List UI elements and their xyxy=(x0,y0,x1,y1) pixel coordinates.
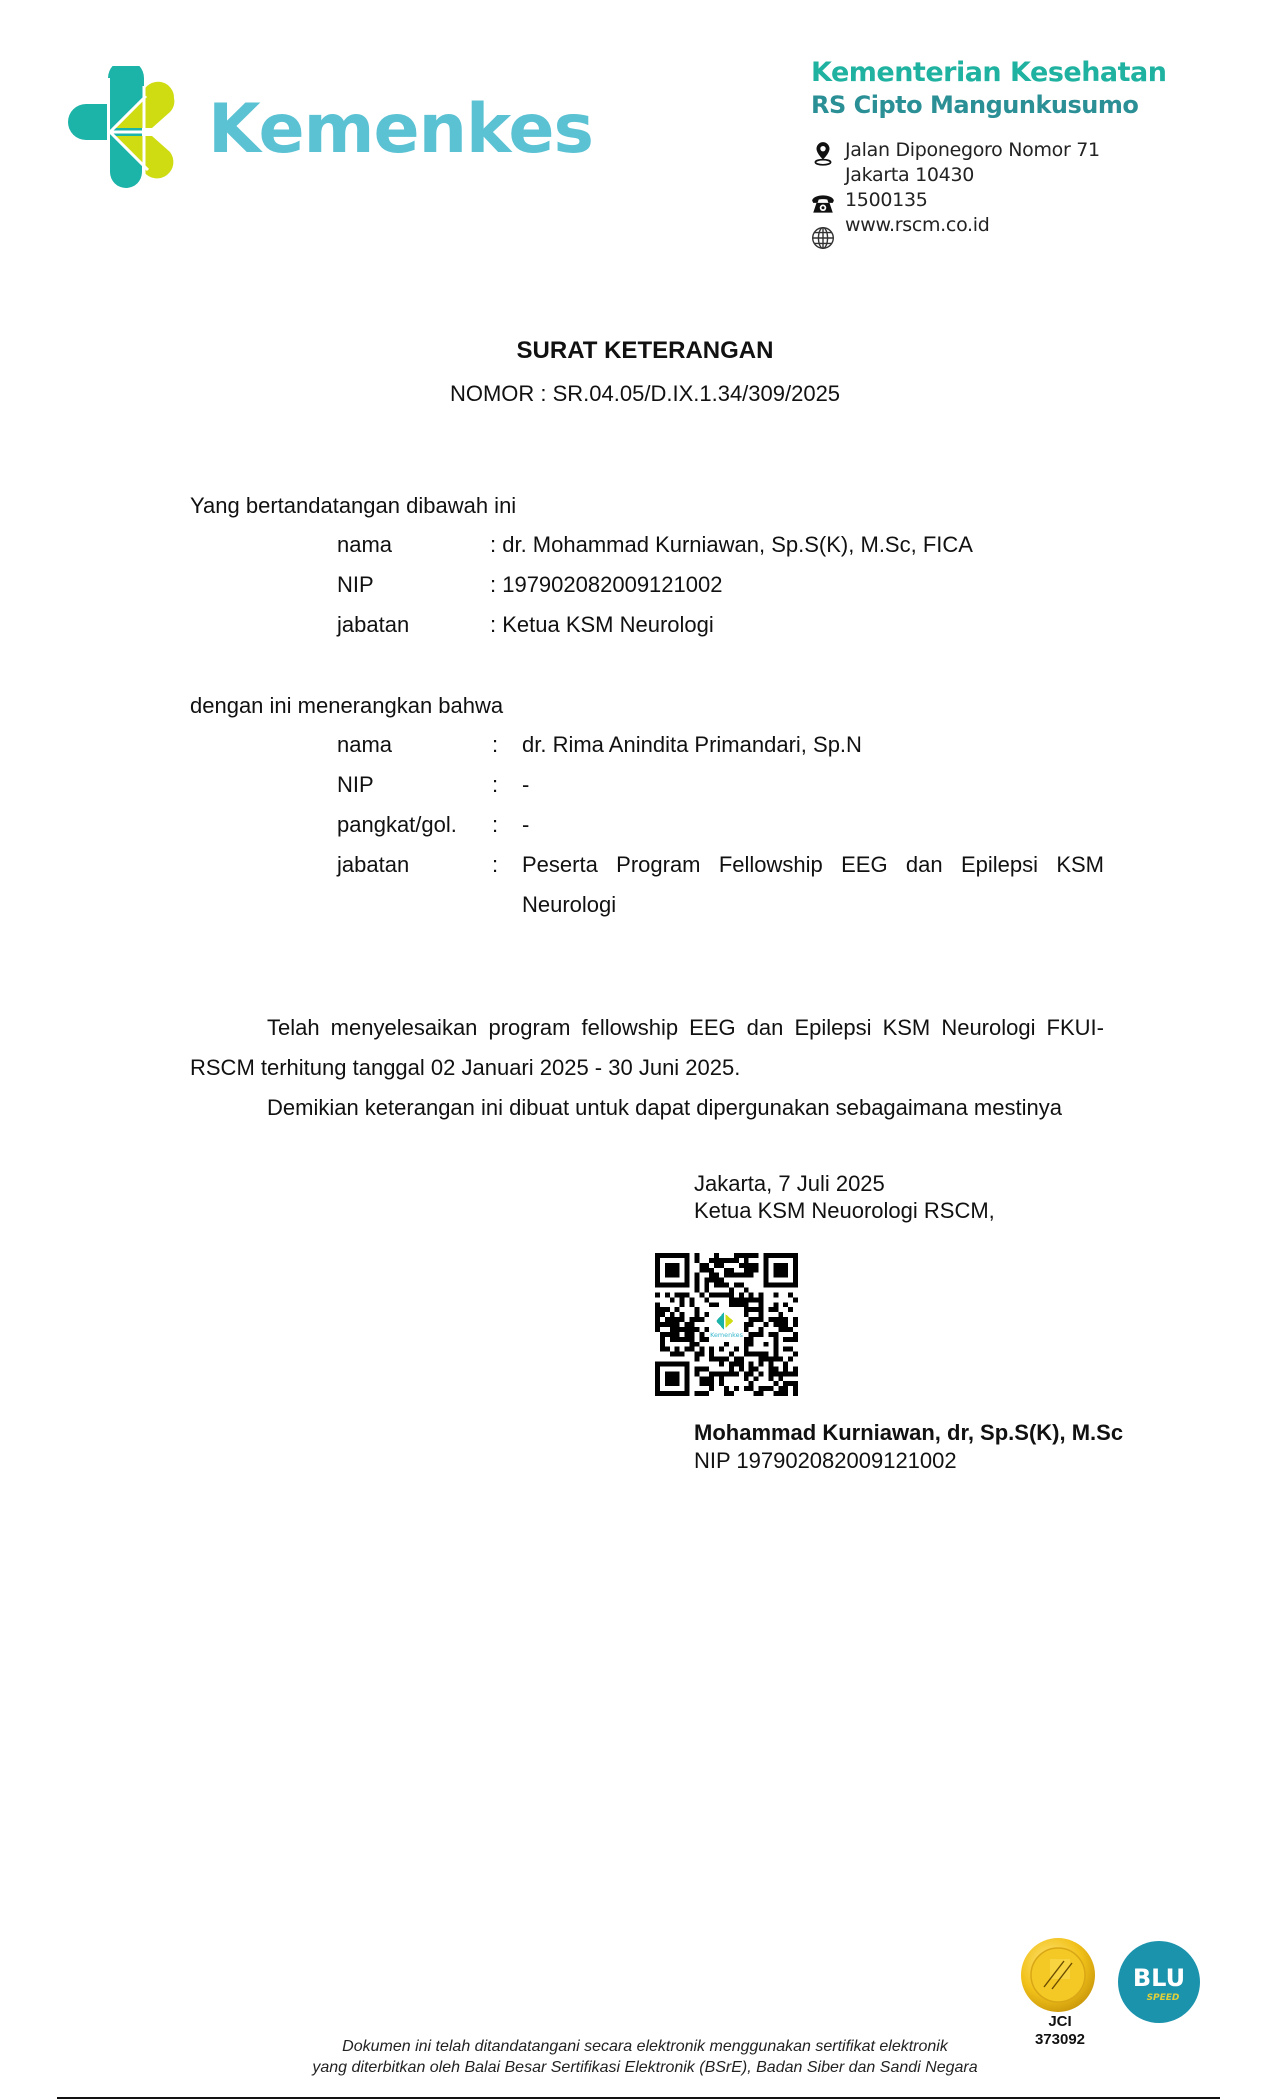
signer-full-name: Mohammad Kurniawan, dr, Sp.S(K), M.Sc xyxy=(694,1420,1123,1446)
signer-title: Ketua KSM Neuorologi RSCM, xyxy=(694,1197,995,1224)
signature-block: Jakarta, 7 Juli 2025 Ketua KSM Neuorolog… xyxy=(694,1170,995,1224)
signer-intro: Yang bertandatangan dibawah ini xyxy=(190,486,516,526)
location-pin-icon xyxy=(810,140,836,166)
document-number: NOMOR : SR.04.05/D.IX.1.34/309/2025 xyxy=(0,381,1275,407)
subject-nip-label: NIP xyxy=(337,772,374,798)
qr-code-signature[interactable]: Kemenkes xyxy=(655,1253,798,1396)
subject-position-value-cont: Neurologi xyxy=(522,892,616,918)
address-line-2: Jakarta 10430 xyxy=(845,163,974,188)
phone-number: 1500135 xyxy=(845,188,928,213)
blu-text: BLU xyxy=(1133,1964,1185,1992)
telephone-icon xyxy=(810,191,836,217)
paragraph-completion-line2: RSCM terhitung tanggal 02 Januari 2025 -… xyxy=(190,1048,1104,1088)
signer-name-label: nama xyxy=(337,532,392,558)
signer-position-value: : Ketua KSM Neurologi xyxy=(490,612,714,638)
ministry-name: Kementerian Kesehatan xyxy=(811,56,1167,90)
jci-text: JCI xyxy=(1020,2013,1100,2031)
blu-speed-logo-icon: BLU SPEED xyxy=(1117,1940,1201,2024)
paragraph-closing: Demikian keterangan ini dibuat untuk dap… xyxy=(190,1088,1104,1128)
subject-name-value: dr. Rima Anindita Primandari, Sp.N xyxy=(522,732,862,758)
subject-name-label: nama xyxy=(337,732,392,758)
bottom-divider xyxy=(57,2097,1220,2099)
paragraph-completion-line1: Telah menyelesaikan program fellowship E… xyxy=(190,1008,1104,1048)
signer-position-label: jabatan xyxy=(337,612,409,638)
subject-intro: dengan ini menerangkan bahwa xyxy=(190,686,503,726)
electronic-signature-note: Dokumen ini telah ditandatangani secara … xyxy=(0,2036,1275,2078)
organization-name: Kementerian Kesehatan RS Cipto Mangunkus… xyxy=(811,56,1167,120)
place-date: Jakarta, 7 Juli 2025 xyxy=(694,1170,995,1197)
kemenkes-wordmark: Kemenkes xyxy=(208,96,593,164)
subject-rank-colon: : xyxy=(492,812,498,838)
subject-rank-value: - xyxy=(522,812,529,838)
blu-speed-text: SPEED xyxy=(1147,1993,1180,2003)
subject-position-value: Peserta Program Fellowship EEG dan Epile… xyxy=(522,852,1104,878)
signer-nip: NIP 197902082009121002 xyxy=(694,1448,957,1474)
subject-nip-colon: : xyxy=(492,772,498,798)
kemenkes-logo-icon xyxy=(66,66,186,192)
website-link[interactable]: www.rscm.co.id xyxy=(845,213,990,238)
hospital-name: RS Cipto Mangunkusumo xyxy=(811,90,1167,120)
jci-accreditation-seal-icon xyxy=(1020,1937,1096,2013)
footer-note-line1: Dokumen ini telah ditandatangani secara … xyxy=(0,2036,1275,2057)
subject-nip-value: - xyxy=(522,772,529,798)
subject-rank-label: pangkat/gol. xyxy=(337,812,457,838)
subject-position-colon: : xyxy=(492,852,498,878)
signer-nip-value: : 197902082009121002 xyxy=(490,572,722,598)
svg-text:Kemenkes: Kemenkes xyxy=(710,1331,743,1339)
footer-note-line2: yang diterbitkan oleh Balai Besar Sertif… xyxy=(0,2057,1275,2078)
globe-icon xyxy=(810,225,836,251)
address-line-1: Jalan Diponegoro Nomor 71 xyxy=(845,138,1100,163)
signer-nip-label: NIP xyxy=(337,572,374,598)
subject-position-label: jabatan xyxy=(337,852,409,878)
subject-name-colon: : xyxy=(492,732,498,758)
signer-name-value: : dr. Mohammad Kurniawan, Sp.S(K), M.Sc,… xyxy=(490,532,973,558)
document-title: SURAT KETERANGAN xyxy=(0,337,1275,365)
